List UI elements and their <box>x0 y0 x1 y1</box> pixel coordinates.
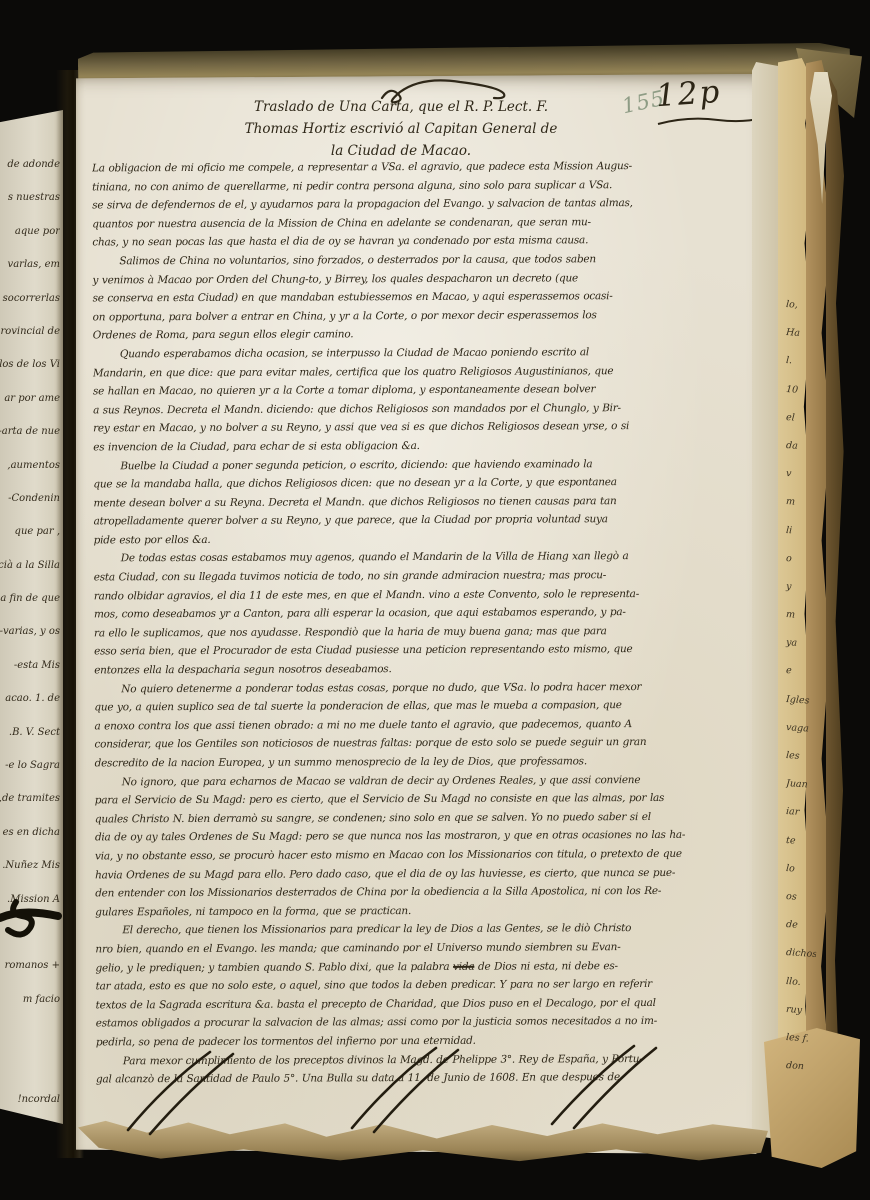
left-page-fragment: es. Ann. <box>0 1116 60 1149</box>
left-page-fragment <box>0 1050 60 1083</box>
manuscript-line: estamos obligados a procurar la salvacio… <box>96 1012 750 1033</box>
right-edge-fragment: e <box>785 657 817 687</box>
left-page-fragment: arta de nue- <box>0 415 60 448</box>
right-edge-fragment: les f. <box>785 1024 817 1054</box>
left-page-fragment <box>0 1016 60 1049</box>
paragraph: El derecho, que tienen los Missionarios … <box>95 919 750 1052</box>
title-line-2: Thomas Hortiz escrivió al Capitan Genera… <box>186 118 616 140</box>
manuscript-line: den entender con los Missionarios dester… <box>95 882 749 903</box>
paragraph: De todas estas cosas estabamos muy ageno… <box>94 547 749 680</box>
left-page-fragment: varlas, em <box>0 248 60 281</box>
right-edge-fragment: os <box>785 883 817 913</box>
left-page-fragment: de tramites, <box>0 782 60 815</box>
right-edge-fragment: lo, <box>785 291 817 321</box>
right-edge-fragment: l. <box>785 347 817 377</box>
right-edge-fragment: 10 <box>785 376 817 406</box>
right-edge-fragment: vaga <box>785 714 817 744</box>
left-page-fragment: Mission A. <box>0 883 60 916</box>
left-page-fragment: e lo Sagra- <box>0 749 60 782</box>
letter-title: Traslado de Una Carta, que el R. P. Lect… <box>186 96 616 162</box>
paragraph: La obligacion de mi oficio me compele, a… <box>92 157 746 253</box>
left-page-fragment: esta Mis- <box>0 649 60 682</box>
right-edge-fragment: don <box>785 1052 817 1082</box>
paragraph: No quiero detenerme a ponderar todas est… <box>94 677 748 773</box>
left-page-fragment: rovincial de <box>0 315 60 348</box>
left-page-fragment: varias, y os- <box>0 615 60 648</box>
right-edge-fragment: o <box>785 545 817 575</box>
paragraph: No ignoro, que para echarnos de Macao se… <box>95 770 750 922</box>
left-page-fragment: Condenin- <box>0 482 60 515</box>
left-page-fragment: ar por ame <box>0 382 60 415</box>
paragraph: Para mexor cumplimiento de los preceptos… <box>96 1049 750 1089</box>
ink-folio-number: 12p <box>655 74 723 114</box>
left-page-fragment <box>0 916 60 949</box>
left-page-fragment: aumentos, <box>0 449 60 482</box>
right-edge-fragment: da <box>785 432 817 462</box>
right-edge-fragment: ruy <box>785 996 817 1026</box>
left-page-fragment: + romanos <box>0 949 60 982</box>
left-page-fragment: s nuestras <box>0 181 60 214</box>
manuscript-line: gal alcanzò de la Santidad de Paulo 5°. … <box>96 1068 750 1089</box>
right-edge-fragment: llo. <box>785 967 817 997</box>
title-line-1: Traslado de Una Carta, que el R. P. Lect… <box>186 96 616 118</box>
folio-underline-flourish <box>656 112 766 128</box>
left-page-fragment: de adonde <box>0 148 60 181</box>
left-page-fragment: ncordal! <box>0 1083 60 1116</box>
left-page-fragment: los de los Vi- <box>0 348 60 381</box>
left-page-fragment: B. V. Sect. <box>0 716 60 749</box>
left-page-fragment: , que par <box>0 515 60 548</box>
right-edge-fragment: m <box>785 601 817 631</box>
left-page-fragment: socorrerlas <box>0 282 60 315</box>
right-edge-fragment: iar <box>785 798 817 828</box>
manuscript-line: via, y no obstante esso, se procurò hace… <box>95 845 749 866</box>
right-edge-fragment: li <box>785 516 817 546</box>
left-page-fragment: m facio <box>0 983 60 1016</box>
left-page-fragment: Nuñez Mis. <box>0 849 60 882</box>
left-page-fragment: a fin de que <box>0 582 60 615</box>
right-edge-fragment: Ha <box>785 319 817 349</box>
manuscript-photo: de adondes nuestrasaque porvarlas, emsoc… <box>0 0 870 1200</box>
right-edge-fragment: de <box>785 911 817 941</box>
right-edge-fragment: ya <box>785 629 817 659</box>
page-edge-stack-4 <box>826 70 846 1130</box>
right-edge-fragment: les <box>785 742 817 772</box>
left-page-fragment: acao. 1. de <box>0 682 60 715</box>
paragraph: Quando esperabamos dicha ocasion, se int… <box>93 343 747 457</box>
left-page-fragment: es en dicha <box>0 816 60 849</box>
right-edge-fragment: Juan <box>785 770 817 800</box>
left-page-fragment: aque por <box>0 215 60 248</box>
paragraph: Buelbe la Ciudad a poner segunda peticio… <box>93 454 747 550</box>
right-edge-fragment: dichos <box>785 939 817 969</box>
right-edge-fragment: m <box>785 488 817 518</box>
right-edge-fragment: v <box>785 460 817 490</box>
right-edge-fragment: te <box>785 827 817 857</box>
paragraph: Salimos de China no voluntarios, sino fo… <box>92 250 746 346</box>
right-edge-fragment-list: lo,Hal.10eldavmlioymyaeIglesvagalesJuani… <box>786 292 816 1081</box>
left-page-fragment: cià a la Silla <box>0 549 60 582</box>
right-edge-fragment: el <box>785 404 817 434</box>
letter-body: La obligacion de mi oficio me compele, a… <box>92 157 750 1090</box>
left-page-edge: de adondes nuestrasaque porvarlas, emsoc… <box>0 110 63 1124</box>
manuscript-page: 155 12p Traslado de Una Carta, que el R.… <box>76 74 766 1154</box>
left-page-fragment-list: de adondes nuestrasaque porvarlas, emsoc… <box>0 148 60 1150</box>
right-edge-fragment: Igles <box>785 686 817 716</box>
right-edge-fragment: y <box>785 573 817 603</box>
manuscript-line: tar atada, esto es que no solo este, o a… <box>96 975 750 996</box>
right-edge-fragment: lo <box>785 855 817 885</box>
